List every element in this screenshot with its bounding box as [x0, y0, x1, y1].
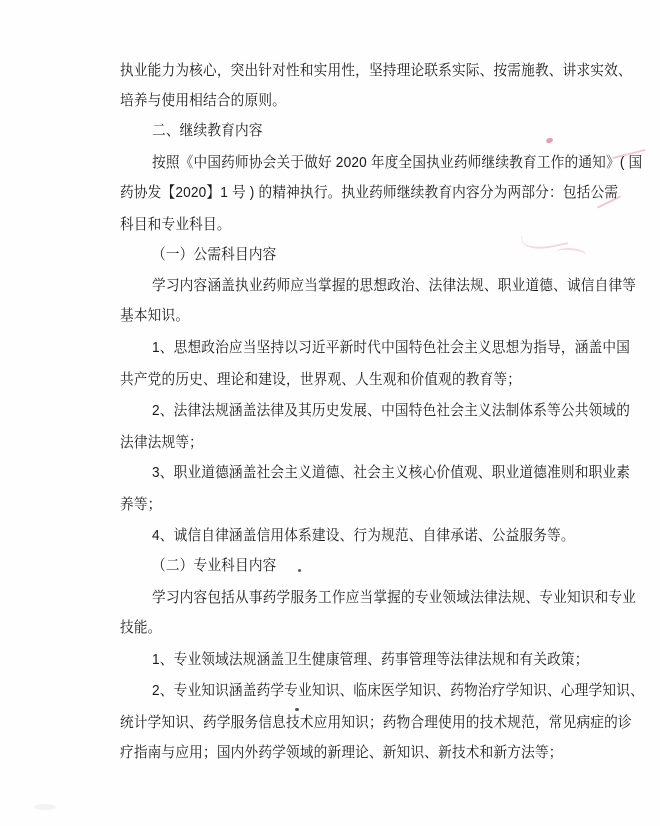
text-line: 学习内容涵盖执业药师应当掌握的思想政治、法律法规、职业道德、诚信自律等	[152, 278, 636, 294]
document-page: 执业能力为核心，突出针对性和实用性，坚持理论联系实际、按需施教、讲求实效、 培养…	[0, 0, 660, 826]
text-line: 按照《中国药师协会关于做好 2020 年度全国执业药师继续教育工作的通知》( 国	[152, 155, 642, 171]
section-heading: 二、继续教育内容	[152, 123, 263, 139]
text-line: 统计学知识、药学服务信息技术应用知识；药物合理使用的技术规范，常见病症的诊	[120, 715, 632, 731]
text-line: 法律法规等；	[120, 435, 203, 451]
text-line: 养等；	[120, 497, 162, 513]
text-line: 技能。	[120, 620, 162, 636]
text-line: 药协发【2020】1 号 ) 的精神执行。执业药师继续教育内容分为两部分：包括公…	[120, 185, 618, 201]
text-line: 疗指南与应用；国内外药学领域的新理论、新知识、新技术和新方法等；	[120, 745, 563, 761]
list-item: 2、法律法规涵盖法律及其历史发展、中国特色社会主义法制体系等公共领域的	[152, 403, 630, 419]
text-line: 共产党的历史、理论和建设，世界观、人生观和价值观的教育等；	[120, 372, 521, 388]
ink-speck	[295, 708, 299, 711]
red-pen-dot-mark	[545, 137, 553, 144]
list-item: 4、诚信自律涵盖信用体系建设、行为规范、自律承诺、公益服务等。	[152, 528, 575, 544]
red-pen-scribble-mark	[521, 227, 569, 254]
subsection-heading: （二）专业科目内容	[152, 558, 276, 574]
ink-speck	[298, 569, 301, 572]
text-line: 培养与使用相结合的原则。	[120, 93, 286, 109]
list-item: 3、职业道德涵盖社会主义道德、社会主义核心价值观、职业道德准则和职业素	[152, 465, 630, 481]
text-line: 科目和专业科目。	[120, 217, 231, 233]
list-item: 1、专业领域法规涵盖卫生健康管理、药事管理等法律法规和有关政策；	[152, 652, 589, 668]
paper-smudge	[34, 804, 56, 810]
text-line: 基本知识。	[120, 308, 189, 324]
red-pen-scribble-mark	[555, 246, 586, 261]
list-item: 2、专业知识涵盖药学专业知识、临床医学知识、药物治疗学知识、心理学知识、	[152, 683, 644, 699]
list-item: 1、思想政治应当坚持以习近平新时代中国特色社会主义思想为指导，涵盖中国	[152, 340, 630, 356]
text-line: 执业能力为核心，突出针对性和实用性，坚持理论联系实际、按需施教、讲求实效、	[120, 63, 632, 79]
text-line: 学习内容包括从事药学服务工作应当掌握的专业领域法律法规、专业知识和专业	[152, 590, 636, 606]
subsection-heading: （一）公需科目内容	[152, 247, 276, 263]
